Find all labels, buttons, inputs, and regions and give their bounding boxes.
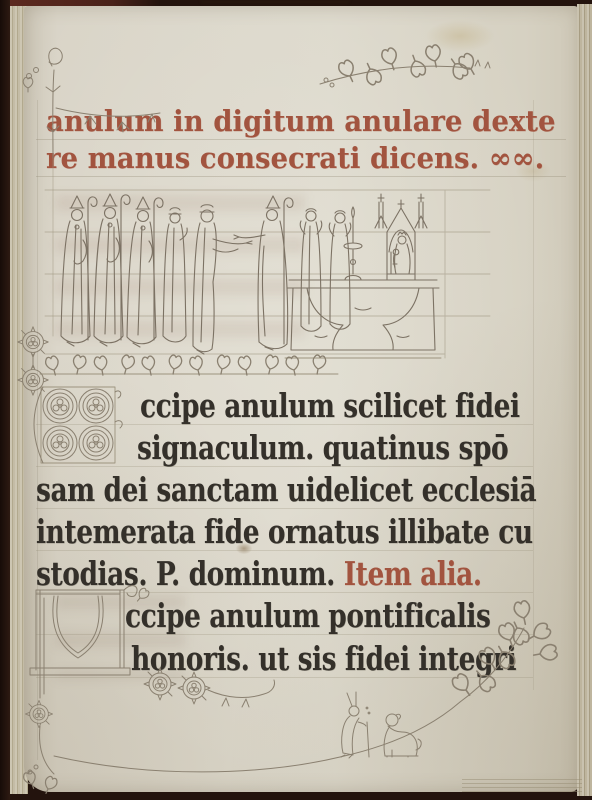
officiating-bishop xyxy=(234,196,293,350)
attendant-cleric xyxy=(163,208,187,342)
ivy-cresting-row xyxy=(40,356,340,384)
bishop-figure xyxy=(94,194,130,346)
miniature-ring-consecration xyxy=(45,188,525,368)
seated-dog xyxy=(384,714,421,757)
consecrand-receiving-ring xyxy=(193,205,252,354)
ivy-chain-bottom-right xyxy=(450,600,558,702)
book-gutter xyxy=(0,0,10,800)
rabbit-with-staff xyxy=(341,692,370,758)
body-line-2: signaculum. quatinus spō xyxy=(137,428,508,467)
binding-shadow-top xyxy=(200,0,350,4)
candlestick xyxy=(344,207,362,280)
bottom-vine xyxy=(40,610,580,780)
ivy-sprig-top xyxy=(318,42,508,102)
assisting-cleric xyxy=(329,211,351,330)
bishop-figure xyxy=(61,196,97,346)
bishop-figure xyxy=(127,197,163,347)
rubric-inline-item-alia: Item alia. xyxy=(344,554,482,593)
draped-altar xyxy=(285,280,441,358)
unfinished-initial-A-quatrefoil-panel xyxy=(33,384,123,470)
body-line-4: intemerata fide ornatus illibate cu xyxy=(36,512,533,551)
body-line-3: sam dei sanctam uidelicet ecclesiā xyxy=(36,470,536,509)
body-line-1: ccipe anulum scilicet fidei xyxy=(140,386,520,425)
canopied-madonna-statue xyxy=(375,194,427,280)
